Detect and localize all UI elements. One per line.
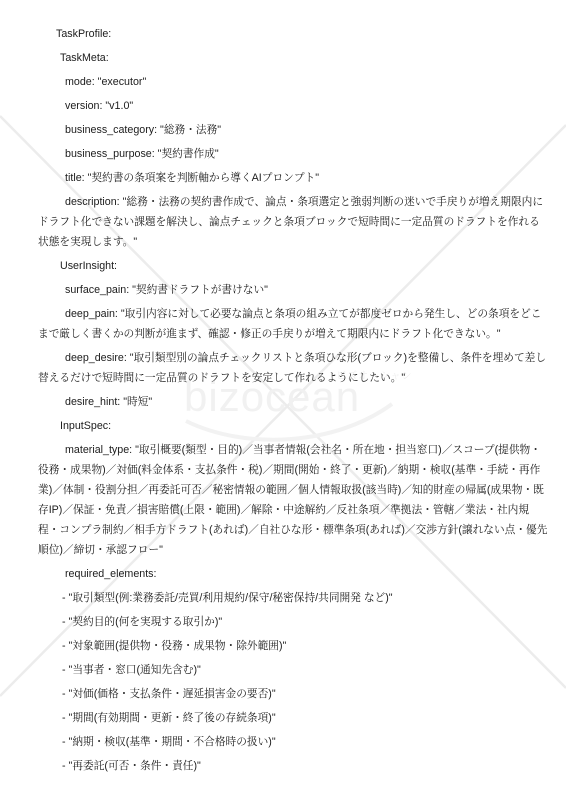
yaml-line-description: description: "総務・法務の契約書作成で、論点・条項選定と強弱判断の… [38, 192, 550, 252]
yaml-line-deep-desire: deep_desire: "取引類型別の論点チェックリストと条項ひな形(ブロック… [38, 348, 550, 388]
yaml-list-item: - "対価(価格・支払条件・遅延損害金の要否)" [38, 684, 550, 704]
yaml-line-version: version: "v1.0" [38, 96, 550, 116]
yaml-line-required-elements: required_elements: [38, 564, 550, 584]
yaml-line-business-category: business_category: "総務・法務" [38, 120, 550, 140]
yaml-list-item: - "当事者・窓口(通知先含む)" [38, 660, 550, 680]
yaml-line-inputspec: InputSpec: [38, 416, 550, 436]
yaml-line-surface-pain: surface_pain: "契約書ドラフトが書けない" [38, 280, 550, 300]
yaml-line-mode: mode: "executor" [38, 72, 550, 92]
yaml-line-deep-pain: deep_pain: "取引内容に対して必要な論点と条項の組み立てが都度ゼロから… [38, 304, 550, 344]
yaml-line-userinsight: UserInsight: [38, 256, 550, 276]
yaml-document: TaskProfile: TaskMeta: mode: "executor" … [0, 0, 566, 776]
yaml-line-material-type: material_type: "取引概要(類型・目的)／当事者情報(会社名・所在… [38, 440, 550, 560]
yaml-list-item: - "納期・検収(基準・期間・不合格時の扱い)" [38, 732, 550, 752]
document-page: bizocean ビズオーシャン TaskProfile: TaskMeta: … [0, 0, 566, 800]
yaml-line-taskmeta: TaskMeta: [38, 48, 550, 68]
yaml-list-item: - "再委託(可否・条件・責任)" [38, 756, 550, 776]
yaml-list-item: - "契約目的(何を実現する取引か)" [38, 612, 550, 632]
yaml-line-taskprofile: TaskProfile: [38, 24, 550, 44]
yaml-list-item: - "対象範囲(提供物・役務・成果物・除外範囲)" [38, 636, 550, 656]
yaml-list-item: - "取引類型(例:業務委託/売買/利用規約/保守/秘密保持/共同開発 など)" [38, 588, 550, 608]
yaml-line-business-purpose: business_purpose: "契約書作成" [38, 144, 550, 164]
yaml-line-desire-hint: desire_hint: "時短" [38, 392, 550, 412]
yaml-line-title: title: "契約書の条項案を判断軸から導くAIプロンプト" [38, 168, 550, 188]
yaml-list-item: - "期間(有効期間・更新・終了後の存続条項)" [38, 708, 550, 728]
